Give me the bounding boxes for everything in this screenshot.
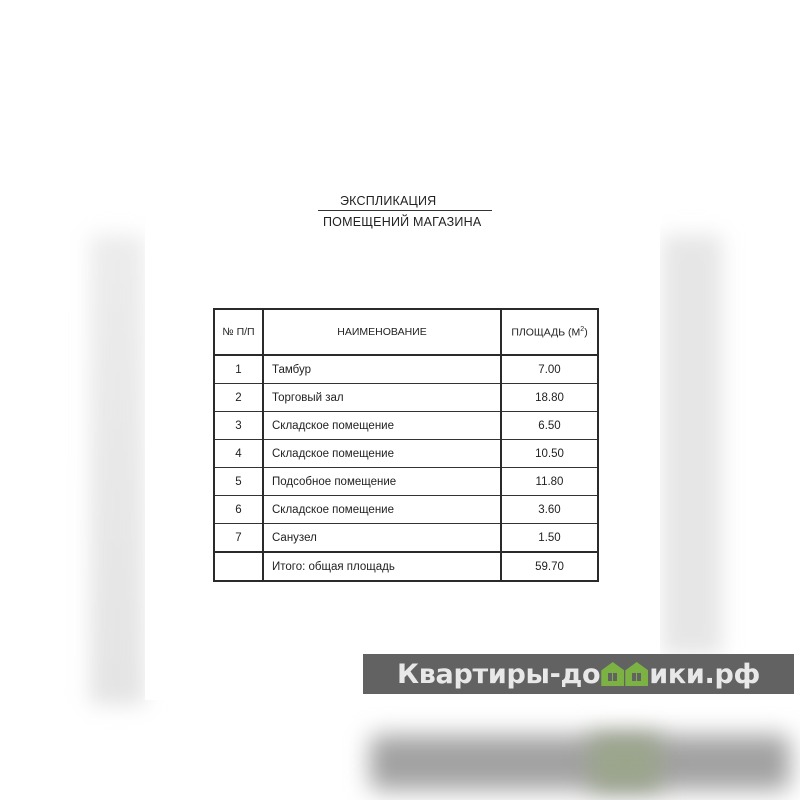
row-name: Торговый зал [263, 384, 501, 412]
row-area: 18.80 [501, 384, 598, 412]
document-title: ЭКСПЛИКАЦИЯ [340, 194, 436, 208]
row-name: Складское помещение [263, 412, 501, 440]
row-area: 11.80 [501, 468, 598, 496]
table-row: 4Складское помещение10.50 [214, 440, 598, 468]
total-label: Итого: общая площадь [263, 552, 501, 581]
table-total-row: Итого: общая площадь 59.70 [214, 552, 598, 581]
blurred-watermark-shadow [370, 735, 790, 790]
blurred-watermark-shadow-accent [590, 735, 660, 790]
row-area: 10.50 [501, 440, 598, 468]
total-area: 59.70 [501, 552, 598, 581]
explication-table: № П/П НАИМЕНОВАНИЕ ПЛОЩАДЬ (М2) 1Тамбур7… [213, 308, 599, 582]
header-number: № П/П [214, 309, 263, 355]
row-number: 3 [214, 412, 263, 440]
watermark-logo: Квартиры-до ики.рф [363, 654, 794, 694]
row-number: 4 [214, 440, 263, 468]
row-name: Подсобное помещение [263, 468, 501, 496]
row-name: Складское помещение [263, 440, 501, 468]
blurred-background-right [662, 235, 722, 655]
row-number: 7 [214, 524, 263, 553]
row-area: 6.50 [501, 412, 598, 440]
document-subtitle: ПОМЕЩЕНИЙ МАГАЗИНА [323, 215, 481, 229]
row-name: Тамбур [263, 355, 501, 384]
row-area: 7.00 [501, 355, 598, 384]
title-underline [318, 210, 492, 211]
header-area: ПЛОЩАДЬ (М2) [501, 309, 598, 355]
houses-icon [601, 662, 648, 686]
header-name: НАИМЕНОВАНИЕ [263, 309, 501, 355]
row-name: Складское помещение [263, 496, 501, 524]
row-number: 5 [214, 468, 263, 496]
table-row: 6Складское помещение3.60 [214, 496, 598, 524]
table-header-row: № П/П НАИМЕНОВАНИЕ ПЛОЩАДЬ (М2) [214, 309, 598, 355]
blurred-background-left [90, 235, 145, 705]
row-number: 1 [214, 355, 263, 384]
row-area: 1.50 [501, 524, 598, 553]
total-number [214, 552, 263, 581]
table-row: 7Санузел1.50 [214, 524, 598, 553]
table-row: 3Складское помещение6.50 [214, 412, 598, 440]
row-number: 2 [214, 384, 263, 412]
table-row: 5Подсобное помещение11.80 [214, 468, 598, 496]
row-name: Санузел [263, 524, 501, 553]
table-row: 1Тамбур7.00 [214, 355, 598, 384]
watermark-text-end: ики.рф [649, 659, 760, 690]
row-number: 6 [214, 496, 263, 524]
row-area: 3.60 [501, 496, 598, 524]
watermark-text-start: Квартиры-до [397, 659, 600, 690]
table-row: 2Торговый зал18.80 [214, 384, 598, 412]
